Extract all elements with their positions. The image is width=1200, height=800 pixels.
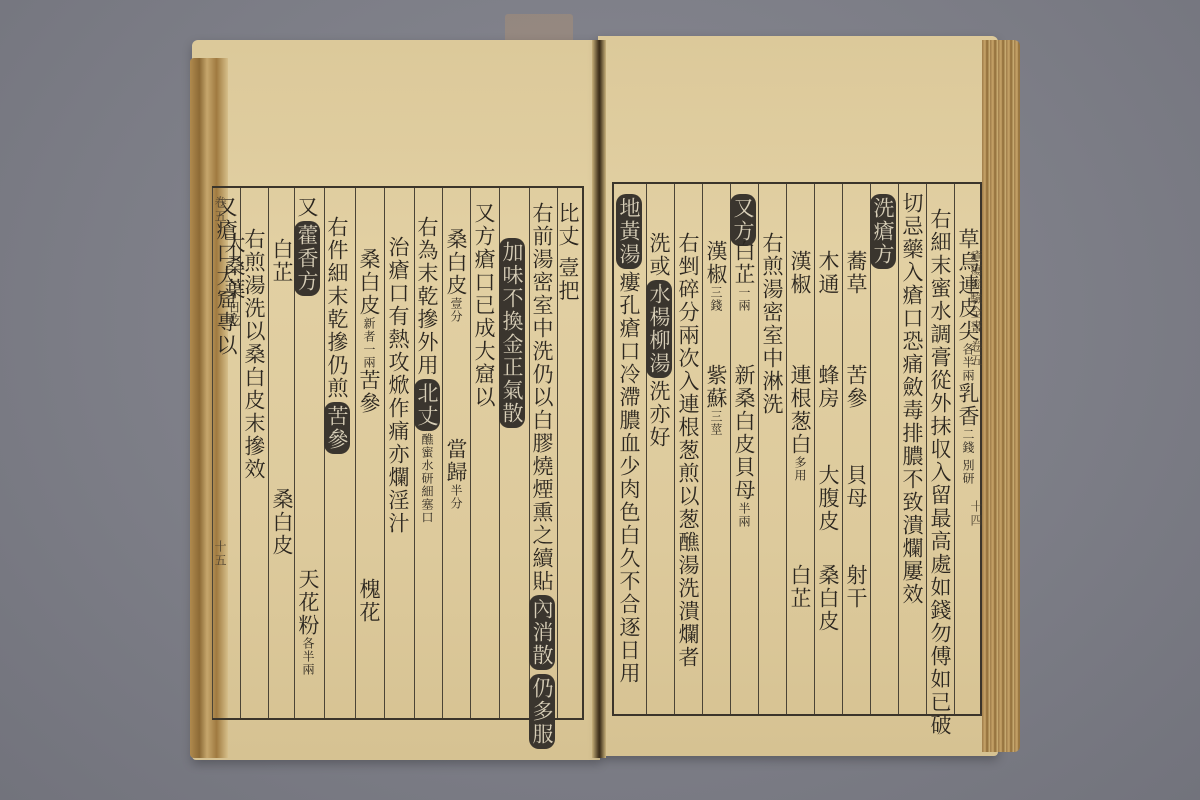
ingredient: 蕎草 bbox=[844, 250, 868, 296]
recipe-label: 地黃湯 bbox=[616, 194, 642, 269]
dosage-note: 三莖 bbox=[709, 410, 723, 436]
ingredient: 桑白皮 bbox=[444, 228, 468, 297]
text-column: 桑白皮新者一兩苦參 槐花 bbox=[355, 188, 383, 718]
ingredient: 貝母 bbox=[844, 464, 868, 510]
ingredient: 白芷 bbox=[732, 240, 756, 286]
ingredient: 連根葱白 bbox=[788, 364, 812, 456]
column-text: 右前湯密室中洗仍以白膠燒煙熏之續貼 bbox=[530, 202, 554, 593]
ingredient: 蜂房 bbox=[816, 364, 840, 410]
column-tail: 醮蜜水研細塞口 bbox=[420, 433, 434, 524]
recipe-label: 加味不換金正氣散 bbox=[499, 238, 525, 428]
recipe-label: 藿香方 bbox=[294, 221, 320, 296]
text-column: 又方 白芷一兩 新桑白皮貝母半兩 bbox=[730, 184, 758, 714]
ingredient: 漢椒 bbox=[788, 250, 812, 296]
column-text: 又方瘡口已成大窟以 bbox=[472, 202, 496, 409]
dosage-note: 半兩 bbox=[737, 502, 751, 528]
text-column: 右前湯密室中洗仍以白膠燒煙熏之續貼內消散仍多服 bbox=[529, 188, 557, 718]
ingredient: 大腹皮 bbox=[816, 464, 840, 533]
column-text: 又 bbox=[295, 196, 319, 219]
column-text: 右剉碎分兩次入連根葱煎以葱醮湯洗潰爛者 bbox=[676, 232, 700, 669]
ingredient: 桑白皮 bbox=[816, 564, 840, 633]
left-folio-number: 十五 bbox=[212, 540, 229, 568]
text-column: 漢椒三錢 紫蘇三莖 bbox=[702, 184, 730, 714]
column-tail: 仍多服 bbox=[529, 674, 555, 749]
recipe-label: 洗瘡方 bbox=[870, 194, 896, 269]
text-column: 白芷 桑白皮 bbox=[268, 188, 296, 718]
recipe-label: 內消散 bbox=[529, 595, 555, 670]
ingredient: 白芷 bbox=[270, 238, 294, 284]
ingredient: 桑白皮 bbox=[357, 248, 381, 317]
right-margin-title: 瘡瘍經驗全書 卷五 bbox=[968, 250, 985, 368]
ingredient: 當歸 bbox=[444, 438, 468, 484]
dosage-note: 三錢 bbox=[709, 286, 723, 312]
text-column: 右煎湯密室中淋洗 bbox=[758, 184, 786, 714]
ingredient: 槐花 bbox=[357, 578, 381, 624]
column-tail: 瘻孔瘡口冷滯膿血少肉色白久不合逐日用 bbox=[617, 271, 641, 685]
ingredient: 貝母 bbox=[732, 456, 756, 502]
dosage-note: 半分 bbox=[449, 484, 463, 510]
dosage-note: 多用 bbox=[793, 456, 807, 482]
ingredient: 大桑葉 bbox=[222, 232, 246, 301]
text-column: 桑白皮壹分 當歸半分 bbox=[442, 188, 470, 718]
text-column: 洗或水楊柳湯洗亦好 bbox=[646, 184, 674, 714]
column-text: 比丈 壹把 bbox=[556, 202, 580, 303]
dosage-note: 各半兩 bbox=[301, 637, 315, 676]
text-column: 切忌藥入瘡口恐痛斂毒排膿不致潰爛屢效 bbox=[898, 184, 926, 714]
book-gutter bbox=[592, 40, 606, 758]
text-column: 木通 蜂房 大腹皮 桑白皮 bbox=[814, 184, 842, 714]
recipe-label: 北丈 bbox=[414, 379, 440, 431]
ingredient: 乳香 bbox=[956, 382, 980, 428]
dosage-note: 新者一兩 bbox=[362, 317, 376, 369]
ingredient: 天花粉 bbox=[296, 568, 320, 637]
text-column: 右細末蜜水調膏從外抹収入留最高處如錢勿傅如已破 bbox=[926, 184, 954, 714]
dosage-note: 二錢 別研 bbox=[961, 428, 975, 485]
column-text: 右煎湯密室中淋洗 bbox=[760, 232, 784, 416]
column-text: 右為末乾摻外用 bbox=[415, 216, 439, 377]
ingredient: 漢椒 bbox=[704, 240, 728, 286]
column-text: 右件細末乾摻仍煎 bbox=[325, 216, 349, 400]
text-column: 地黃湯瘻孔瘡口冷滯膿血少肉色白久不合逐日用 bbox=[616, 184, 644, 714]
left-last-column: 大桑葉日乾 bbox=[222, 232, 246, 327]
ingredient: 射干 bbox=[844, 564, 868, 610]
right-book-edge bbox=[982, 40, 1020, 752]
left-text-frame: 比丈 壹把 右前湯密室中洗仍以白膠燒煙熏之續貼內消散仍多服 加味不換金正氣散 又… bbox=[212, 186, 584, 720]
text-column: 右剉碎分兩次入連根葱煎以葱醮湯洗潰爛者 bbox=[674, 184, 702, 714]
ingredient: 木通 bbox=[816, 250, 840, 296]
column-text: 治瘡口有熱攻焮作痛亦爛淫汁 bbox=[386, 236, 410, 535]
dosage-note: 一兩 bbox=[737, 286, 751, 312]
text-column: 又方瘡口已成大窟以 bbox=[470, 188, 498, 718]
left-margin-title: 卷五 bbox=[212, 196, 229, 224]
ingredient: 紫蘇 bbox=[704, 364, 728, 410]
dosage-note: 日乾 bbox=[227, 301, 241, 327]
column-text: 右細末蜜水調膏從外抹収入留最高處如錢勿傅如已破 bbox=[928, 208, 952, 737]
text-column: 比丈 壹把 bbox=[557, 188, 582, 718]
column-text: 洗或 bbox=[647, 232, 671, 278]
text-column: 右為末乾摻外用北丈醮蜜水研細塞口 bbox=[414, 188, 442, 718]
text-column: 右件細末乾摻仍煎苦參 bbox=[324, 188, 352, 718]
text-column: 又藿香方 天花粉各半兩 bbox=[294, 188, 322, 718]
right-folio-number: 十四 bbox=[968, 500, 985, 528]
text-column: 加味不換金正氣散 bbox=[499, 188, 527, 718]
right-text-frame: 草烏連皮尖各半兩乳香二錢 別研 右細末蜜水調膏從外抹収入留最高處如錢勿傅如已破 … bbox=[612, 182, 982, 716]
recipe-label: 水楊柳湯 bbox=[646, 280, 672, 378]
ingredient: 白芷 bbox=[788, 564, 812, 610]
column-text: 切忌藥入瘡口恐痛斂毒排膿不致潰爛屢效 bbox=[900, 192, 924, 606]
text-column: 治瘡口有熱攻焮作痛亦爛淫汁 bbox=[384, 188, 412, 718]
text-column: 蕎草 苦參 貝母 射干 bbox=[842, 184, 870, 714]
ingredient: 新桑白皮 bbox=[732, 364, 756, 456]
recipe-label: 苦參 bbox=[324, 402, 350, 454]
ingredient: 苦參 bbox=[357, 369, 381, 415]
text-column: 洗瘡方 bbox=[870, 184, 898, 714]
ingredient: 桑白皮 bbox=[270, 488, 294, 557]
recipe-label: 又方 bbox=[730, 194, 756, 246]
dosage-note: 壹分 bbox=[449, 297, 463, 323]
ingredient: 苦參 bbox=[844, 364, 868, 410]
column-tail: 洗亦好 bbox=[647, 380, 671, 449]
open-book-photo: 比丈 壹把 右前湯密室中洗仍以白膠燒煙熏之續貼內消散仍多服 加味不換金正氣散 又… bbox=[0, 0, 1200, 800]
text-column: 漢椒 連根葱白多用 白芷 bbox=[786, 184, 814, 714]
